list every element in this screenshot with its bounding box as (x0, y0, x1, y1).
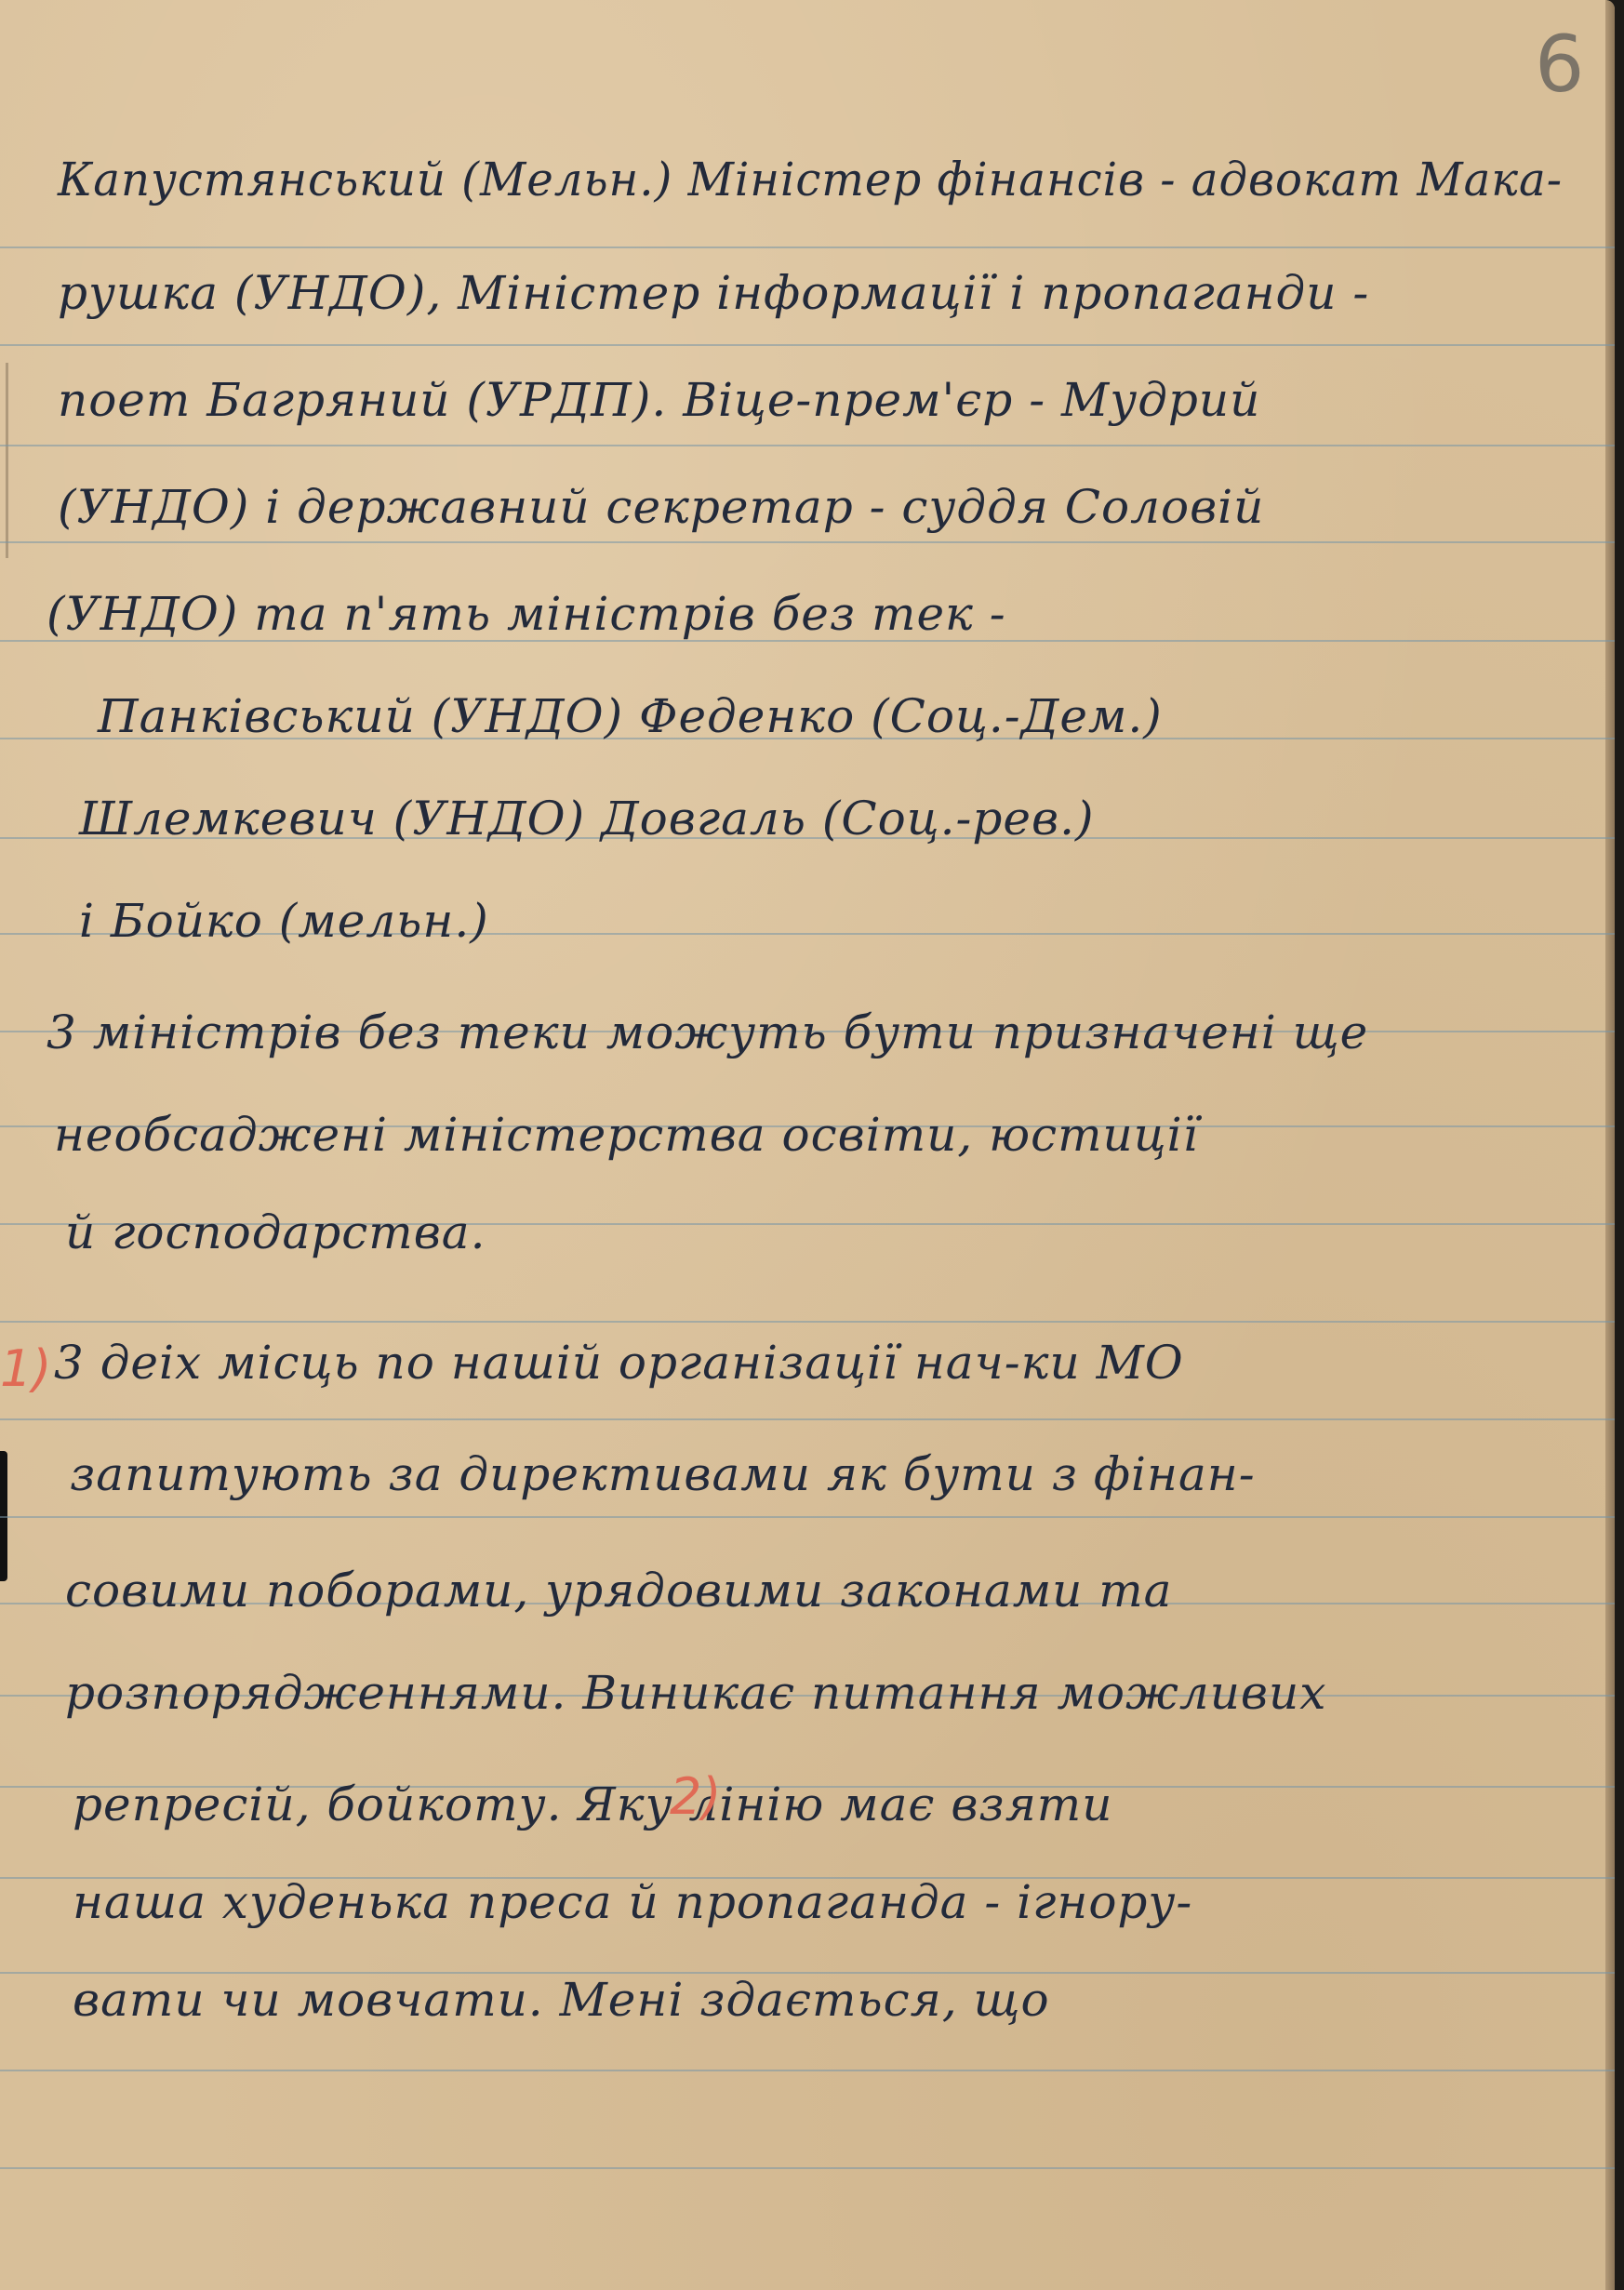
handwritten-line: розпорядженнями. Виникає питання можливи… (65, 1670, 1326, 1716)
ruled-line (0, 344, 1615, 346)
handwritten-line: вати чи мовчати. Мені здається, що (73, 1977, 1050, 2023)
ruled-line (0, 541, 1615, 543)
margin-line (6, 363, 8, 558)
handwritten-line: Капустянський (Мельн.) Міністер фінансів… (58, 156, 1563, 203)
handwritten-line: 3 деіх місць по нашій організації нач-ки… (54, 1339, 1184, 1386)
handwritten-line: 3 міністрів без теки можуть бути признач… (47, 1009, 1368, 1056)
ruled-line (0, 445, 1615, 446)
ruled-line (0, 1418, 1615, 1420)
red-item-marker: 1) (0, 1339, 51, 1398)
ruled-line (0, 1321, 1615, 1323)
handwritten-line: (УНДО) і державний секретар - суддя Соло… (58, 484, 1264, 530)
handwritten-line: поет Багряний (УРДП). Віце-прем'єр - Муд… (58, 377, 1260, 423)
handwritten-line: совими поборами, урядовими законами та (65, 1567, 1172, 1614)
red-item-marker: 2) (670, 1767, 721, 1826)
manuscript-page: 6 Капустянський (Мельн.) Міністер фінанс… (0, 0, 1615, 2290)
handwritten-line: (УНДО) та п'ять міністрів без тек - (47, 591, 1006, 637)
handwritten-line: Шлемкевич (УНДО) Довгаль (Соц.-рев.) (79, 795, 1095, 842)
handwritten-line: необсаджені міністерства освіти, юстиції (54, 1112, 1199, 1158)
page-number: 6 (1535, 19, 1584, 110)
handwritten-line: репресій, бойкоту. Яку лінію має взяти (73, 1781, 1112, 1828)
handwritten-line: Панківський (УНДО) Феденко (Соц.-Дем.) (98, 693, 1163, 739)
handwritten-line: запитують за директивами як бути з фінан… (70, 1451, 1256, 1498)
ruled-line (0, 2070, 1615, 2071)
handwritten-line: наша худенька преса й пропаганда - ігнор… (73, 1879, 1192, 1925)
handwritten-line: і Бойко (мельн.) (79, 898, 489, 944)
handwritten-line: й господарства. (65, 1209, 486, 1256)
ruled-line (0, 1516, 1615, 1518)
ruled-line (0, 246, 1615, 248)
ruled-line (0, 2167, 1615, 2169)
handwritten-line: рушка (УНДО), Міністер інформації і проп… (58, 270, 1369, 316)
